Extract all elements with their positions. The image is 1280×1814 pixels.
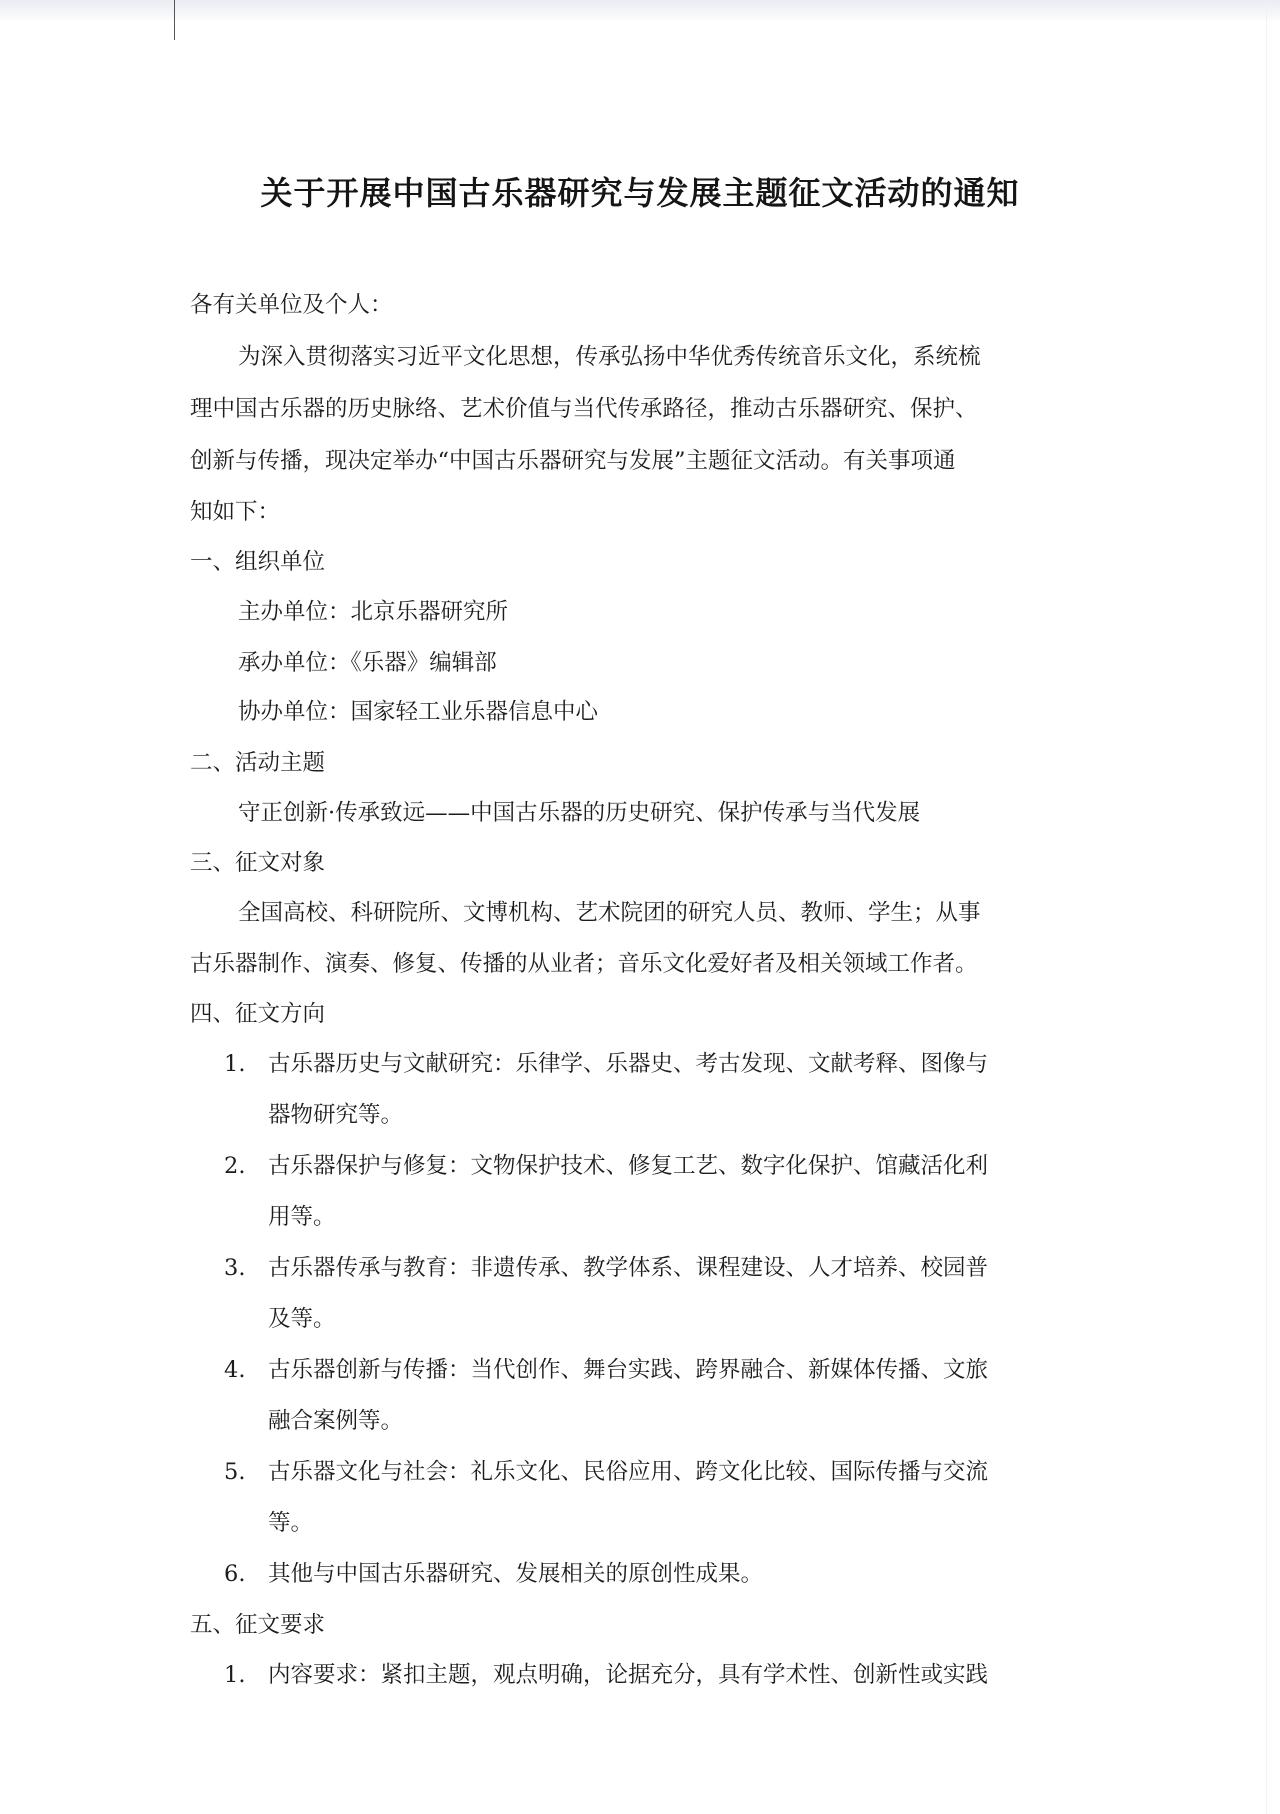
- salutation: 各有关单位及个人：: [190, 290, 393, 320]
- intro-line: 知如下：: [190, 497, 280, 527]
- item-number: 6.: [224, 1559, 245, 1589]
- organizer-undertaker: 承办单位：《乐器》编辑部: [238, 648, 497, 678]
- section-heading-theme: 二、活动主题: [190, 748, 325, 778]
- item-text: 器物研究等。: [268, 1100, 403, 1130]
- item-text: 古乐器保护与修复：文物保护技术、修复工艺、数字化保护、馆藏活化利: [268, 1151, 988, 1181]
- item-text: 古乐器传承与教育：非遗传承、教学体系、课程建设、人才培养、校园普: [268, 1253, 988, 1283]
- scan-mark: [174, 0, 175, 40]
- item-number: 4.: [224, 1355, 245, 1385]
- item-text: 其他与中国古乐器研究、发展相关的原创性成果。: [268, 1559, 763, 1589]
- organizer-host: 主办单位：北京乐器研究所: [238, 597, 508, 627]
- audience-line: 全国高校、科研院所、文博机构、艺术院团的研究人员、教师、学生；从事: [238, 898, 981, 928]
- item-text: 古乐器历史与文献研究：乐律学、乐器史、考古发现、文献考释、图像与: [268, 1049, 988, 1079]
- item-number: 1.: [224, 1049, 245, 1079]
- organizer-co: 协办单位：国家轻工业乐器信息中心: [238, 697, 598, 727]
- item-text: 古乐器创新与传播：当代创作、舞台实践、跨界融合、新媒体传播、文旅: [268, 1355, 988, 1385]
- intro-line: 理中国古乐器的历史脉络、艺术价值与当代传承路径，推动古乐器研究、保护、: [190, 394, 978, 424]
- item-number: 1.: [224, 1660, 245, 1690]
- item-number: 2.: [224, 1151, 245, 1181]
- scan-artifact-top: [0, 0, 1280, 22]
- item-number: 3.: [224, 1253, 245, 1283]
- item-number: 5.: [224, 1457, 245, 1487]
- intro-line: 创新与传播，现决定举办“中国古乐器研究与发展”主题征文活动。有关事项通: [190, 446, 956, 476]
- document-title: 关于开展中国古乐器研究与发展主题征文活动的通知: [190, 168, 1090, 214]
- scan-edge: [1266, 0, 1267, 1814]
- section-heading-directions: 四、征文方向: [190, 999, 325, 1029]
- section-heading-organizers: 一、组织单位: [190, 547, 325, 577]
- item-text: 融合案例等。: [268, 1406, 403, 1436]
- section-heading-audience: 三、征文对象: [190, 848, 325, 878]
- intro-line: 为深入贯彻落实习近平文化思想，传承弘扬中华优秀传统音乐文化，系统梳: [238, 342, 981, 372]
- item-text: 等。: [268, 1508, 313, 1538]
- audience-line: 古乐器制作、演奏、修复、传播的从业者；音乐文化爱好者及相关领域工作者。: [190, 949, 978, 979]
- item-text: 内容要求：紧扣主题，观点明确，论据充分，具有学术性、创新性或实践: [268, 1660, 988, 1690]
- theme-text: 守正创新·传承致远——中国古乐器的历史研究、保护传承与当代发展: [238, 798, 920, 828]
- item-text: 古乐器文化与社会：礼乐文化、民俗应用、跨文化比较、国际传播与交流: [268, 1457, 988, 1487]
- section-heading-requirements: 五、征文要求: [190, 1610, 325, 1640]
- item-text: 用等。: [268, 1202, 336, 1232]
- item-text: 及等。: [268, 1304, 336, 1334]
